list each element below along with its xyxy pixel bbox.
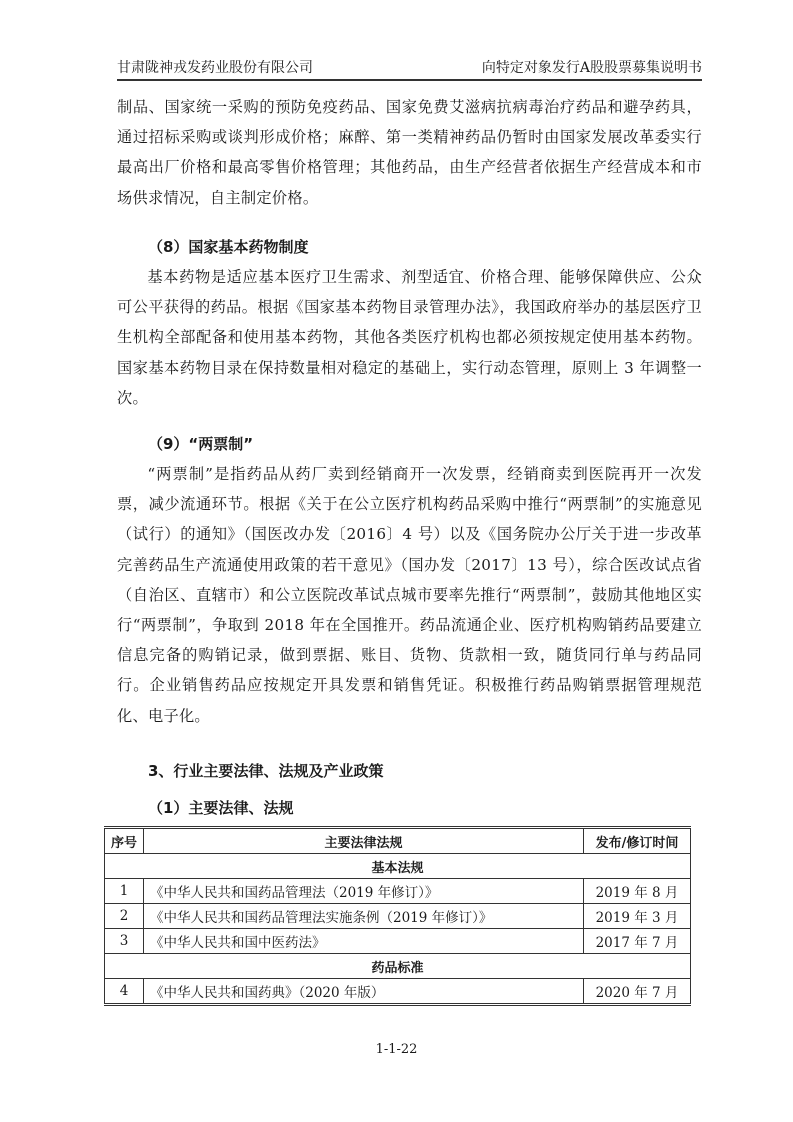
table-row: 3 《中华人民共和国中医药法》 2017 年 7 月	[105, 929, 691, 954]
cell-num: 3	[105, 929, 144, 954]
document-title: 向特定对象发行A股股票募集说明书	[482, 57, 702, 77]
table-row: 2 《中华人民共和国药品管理法实施条例（2019 年修订）》 2019 年 3 …	[105, 904, 691, 929]
page-number: 1-1-22	[0, 1042, 793, 1057]
page-header: 甘肃陇神戎发药业股份有限公司 向特定对象发行A股股票募集说明书	[117, 55, 702, 81]
paragraph-text: 制品、国家统一采购的预防免疫药品、国家免费艾滋病抗病毒治疗药品和避孕药具，通过招…	[117, 92, 702, 213]
cell-law: 《中华人民共和国药品管理法实施条例（2019 年修订）》	[144, 904, 584, 929]
section-heading-8: （8）国家基本药物制度	[148, 236, 308, 257]
col-header-date: 发布/修订时间	[584, 828, 691, 854]
two-invoice-paragraph: “两票制”是指药品从药厂卖到经销商开一次发票，经销商卖到医院再开一次发票，减少流…	[117, 459, 702, 731]
category-label: 药品标准	[105, 954, 691, 979]
cell-date: 2020 年 7 月	[584, 979, 691, 1005]
laws-table: 序号 主要法律法规 发布/修订时间 基本法规 1 《中华人民共和国药品管理法（2…	[104, 826, 691, 1006]
cell-date: 2019 年 8 月	[584, 879, 691, 904]
category-label: 基本法规	[105, 854, 691, 879]
table-header-row: 序号 主要法律法规 发布/修订时间	[105, 828, 691, 854]
cell-law: 《中华人民共和国中医药法》	[144, 929, 584, 954]
paragraph-text: 基本药物是适应基本医疗卫生需求、剂型适宜、价格合理、能够保障供应、公众可公平获得…	[117, 262, 702, 413]
col-header-num: 序号	[105, 828, 144, 854]
category-row: 基本法规	[105, 854, 691, 879]
table-row: 4 《中华人民共和国药典》（2020 年版） 2020 年 7 月	[105, 979, 691, 1005]
cell-date: 2019 年 3 月	[584, 904, 691, 929]
cell-num: 4	[105, 979, 144, 1005]
col-header-law: 主要法律法规	[144, 828, 584, 854]
table-row: 1 《中华人民共和国药品管理法（2019 年修订）》 2019 年 8 月	[105, 879, 691, 904]
category-row: 药品标准	[105, 954, 691, 979]
section-heading-9: （9）“两票制”	[148, 433, 253, 454]
company-name: 甘肃陇神戎发药业股份有限公司	[117, 57, 313, 77]
cell-law: 《中华人民共和国药品管理法（2019 年修订）》	[144, 879, 584, 904]
essential-drugs-paragraph: 基本药物是适应基本医疗卫生需求、剂型适宜、价格合理、能够保障供应、公众可公平获得…	[117, 262, 702, 413]
cell-num: 1	[105, 879, 144, 904]
pricing-paragraph: 制品、国家统一采购的预防免疫药品、国家免费艾滋病抗病毒治疗药品和避孕药具，通过招…	[117, 92, 702, 213]
paragraph-text: “两票制”是指药品从药厂卖到经销商开一次发票，经销商卖到医院再开一次发票，减少流…	[117, 459, 702, 731]
cell-law: 《中华人民共和国药典》（2020 年版）	[144, 979, 584, 1005]
section-heading-3: 3、行业主要法律、法规及产业政策	[148, 760, 383, 781]
cell-date: 2017 年 7 月	[584, 929, 691, 954]
section-heading-3-1: （1）主要法律、法规	[148, 797, 293, 818]
cell-num: 2	[105, 904, 144, 929]
